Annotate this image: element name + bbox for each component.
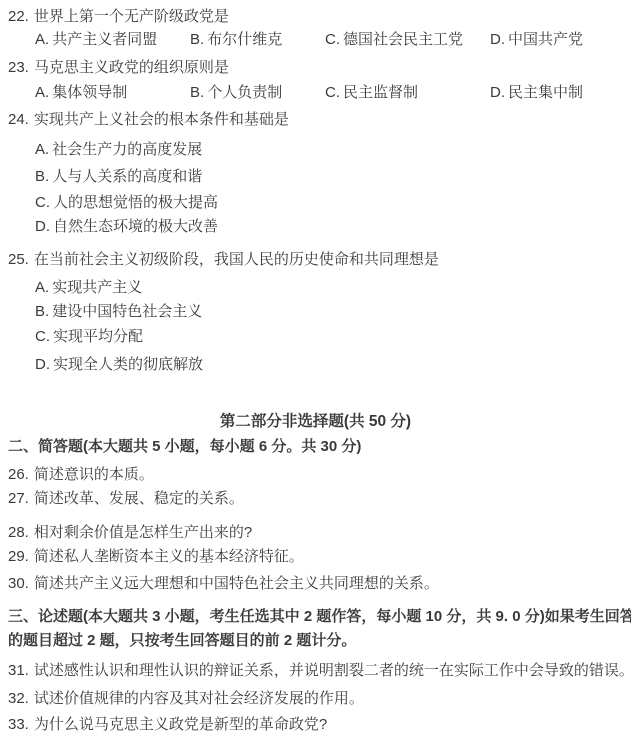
essay-section-heading-line2: 的题目超过 2 题，只按考生回答题目的前 2 题计分。 <box>8 631 356 651</box>
question-number: 23. <box>8 59 29 76</box>
question-text: 马克思主义政党的组织原则是 <box>34 59 229 76</box>
option-label: A. <box>35 84 49 101</box>
option-b: B.个人负责制 <box>190 83 282 103</box>
question-25-option-a: A.实现共产主义 <box>35 278 142 298</box>
question-25-option-b: B.建设中国特色社会主义 <box>35 302 202 322</box>
option-text: 社会生产力的高度发展 <box>52 141 202 158</box>
question-30: 30.简述共产主义远大理想和中国特色社会主义共同理想的关系。 <box>8 574 439 594</box>
option-label: C. <box>35 328 50 345</box>
question-32: 32.试述价值规律的内容及其对社会经济发展的作用。 <box>8 689 364 709</box>
option-text: 民主集中制 <box>508 84 583 101</box>
option-text: 个人负责制 <box>207 84 282 101</box>
option-text: 建设中国特色社会主义 <box>52 303 202 320</box>
question-number: 27. <box>8 490 29 507</box>
option-label: C. <box>325 31 340 48</box>
question-text: 为什么说马克思主义政党是新型的革命政党? <box>34 716 327 733</box>
option-label: D. <box>35 218 50 235</box>
question-23-options: A.集体领导制 B.个人负责制 C.民主监督制 D.民主集中制 <box>8 83 628 103</box>
option-text: 德国社会民主工党 <box>343 31 463 48</box>
question-number: 31. <box>8 662 29 679</box>
question-27: 27.简述改革、发展、稳定的关系。 <box>8 489 244 509</box>
option-label: C. <box>325 84 340 101</box>
option-label: A. <box>35 31 49 48</box>
option-label: D. <box>490 84 505 101</box>
part2-heading: 第二部分非选择题(共 50 分) <box>0 412 631 432</box>
option-a: A.共产主义者同盟 <box>35 30 157 50</box>
question-24-option-c: C.人的思想觉悟的极大提高 <box>35 193 218 213</box>
option-label: B. <box>35 168 49 185</box>
question-25-option-d: D.实现全人类的彻底解放 <box>35 355 203 375</box>
question-33: 33.为什么说马克思主义政党是新型的革命政党? <box>8 715 327 735</box>
question-number: 24. <box>8 111 29 128</box>
option-label: B. <box>190 31 204 48</box>
question-number: 28. <box>8 524 29 541</box>
question-text: 实现共产上义社会的根本条件和基础是 <box>34 111 289 128</box>
question-24-option-b: B.人与人关系的高度和谐 <box>35 167 202 187</box>
question-number: 25. <box>8 251 29 268</box>
option-text: 共产主义者同盟 <box>52 31 157 48</box>
option-text: 中国共产党 <box>508 31 583 48</box>
question-text: 试述感性认识和理性认识的辩证关系，并说明割裂二者的统一在实际工作中会导致的错误。 <box>34 662 631 679</box>
question-text: 在当前社会主义初级阶段，我国人民的历史使命和共同理想是 <box>34 251 439 268</box>
option-label: A. <box>35 141 49 158</box>
question-24-option-a: A.社会生产力的高度发展 <box>35 140 202 160</box>
option-d: D.民主集中制 <box>490 83 583 103</box>
question-text: 简述改革、发展、稳定的关系。 <box>34 490 244 507</box>
question-26: 26.简述意识的本质。 <box>8 465 154 485</box>
option-text: 集体领导制 <box>52 84 127 101</box>
question-text: 相对剩余价值是怎样生产出来的? <box>34 524 252 541</box>
question-25-option-c: C.实现平均分配 <box>35 327 143 347</box>
option-b: B.布尔什维克 <box>190 30 282 50</box>
question-number: 32. <box>8 690 29 707</box>
question-24-option-d: D.自然生态环境的极大改善 <box>35 217 218 237</box>
question-28: 28.相对剩余价值是怎样生产出来的? <box>8 523 252 543</box>
option-text: 实现全人类的彻底解放 <box>53 356 203 373</box>
question-number: 30. <box>8 575 29 592</box>
question-24-stem: 24.实现共产上义社会的根本条件和基础是 <box>8 110 289 130</box>
question-number: 29. <box>8 548 29 565</box>
option-c: C.德国社会民主工党 <box>325 30 463 50</box>
short-answer-section-heading: 二、简答题(本大题共 5 小题，每小题 6 分。共 30 分) <box>8 437 361 457</box>
option-label: B. <box>190 84 204 101</box>
question-text: 世界上第一个无产阶级政党是 <box>34 8 229 25</box>
option-text: 布尔什维克 <box>207 31 282 48</box>
question-number: 26. <box>8 466 29 483</box>
question-23-stem: 23.马克思主义政党的组织原则是 <box>8 58 229 78</box>
question-22-stem: 22.世界上第一个无产阶级政党是 <box>8 7 229 27</box>
exam-page: 22.世界上第一个无产阶级政党是 A.共产主义者同盟 B.布尔什维克 C.德国社… <box>0 0 631 746</box>
option-text: 实现平均分配 <box>53 328 143 345</box>
question-text: 试述价值规律的内容及其对社会经济发展的作用。 <box>34 690 364 707</box>
option-text: 人的思想觉悟的极大提高 <box>53 194 218 211</box>
question-number: 33. <box>8 716 29 733</box>
question-text: 简述共产主义远大理想和中国特色社会主义共同理想的关系。 <box>34 575 439 592</box>
option-a: A.集体领导制 <box>35 83 127 103</box>
option-text: 人与人关系的高度和谐 <box>52 168 202 185</box>
option-d: D.中国共产党 <box>490 30 583 50</box>
question-31: 31.试述感性认识和理性认识的辩证关系，并说明割裂二者的统一在实际工作中会导致的… <box>8 661 631 681</box>
question-text: 简述私人垄断资本主义的基本经济特征。 <box>34 548 304 565</box>
option-label: A. <box>35 279 49 296</box>
option-label: B. <box>35 303 49 320</box>
option-label: D. <box>35 356 50 373</box>
essay-section-heading-line1: 三、论述题(本大题共 3 小题，考生任选其中 2 题作答，每小题 10 分，共 … <box>8 607 631 627</box>
option-text: 自然生态环境的极大改善 <box>53 218 218 235</box>
option-text: 实现共产主义 <box>52 279 142 296</box>
question-29: 29.简述私人垄断资本主义的基本经济特征。 <box>8 547 304 567</box>
question-25-stem: 25.在当前社会主义初级阶段，我国人民的历史使命和共同理想是 <box>8 250 439 270</box>
question-22-options: A.共产主义者同盟 B.布尔什维克 C.德国社会民主工党 D.中国共产党 <box>8 30 628 50</box>
option-label: C. <box>35 194 50 211</box>
question-text: 简述意识的本质。 <box>34 466 154 483</box>
question-number: 22. <box>8 8 29 25</box>
option-text: 民主监督制 <box>343 84 418 101</box>
option-c: C.民主监督制 <box>325 83 418 103</box>
option-label: D. <box>490 31 505 48</box>
